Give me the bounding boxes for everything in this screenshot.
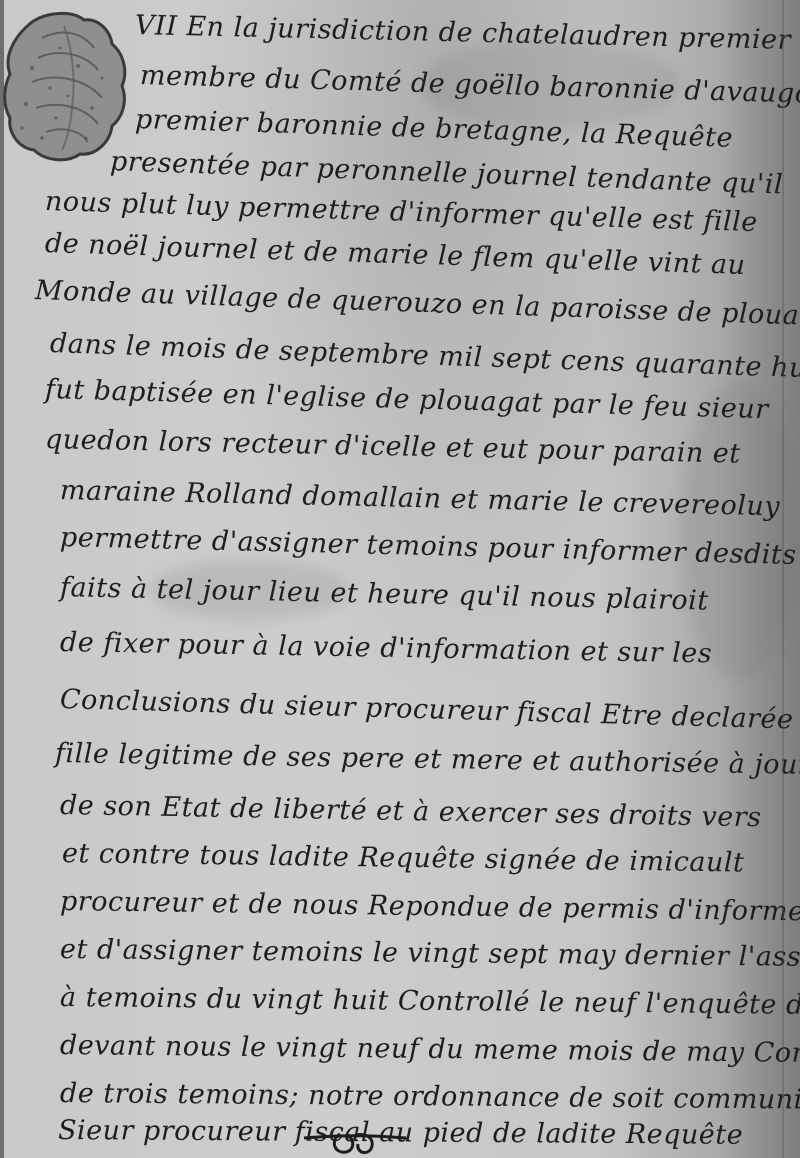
manuscript-line: quedon lors recteur d'icelle et eut pour… [45,424,741,470]
manuscript-line: maraine Rolland domallain et marie le cr… [60,475,781,522]
manuscript-line: de noël journel et de marie le flem qu'e… [45,228,746,281]
manuscript-line: devant nous le vingt neuf du meme mois d… [60,1030,800,1070]
wax-seal-icon [2,8,128,164]
manuscript-line: et contre tous ladite Requête signée de … [62,838,745,879]
manuscript-line: à temoins du vingt huit Controllé le neu… [60,982,800,1022]
manuscript-line: Monde au village de querouzo en la paroi… [34,275,800,333]
manuscript-page: VII En la jurisdiction de chatelaudren p… [0,0,800,1158]
paper-stain [680,380,800,680]
signature-flourish-icon [300,1128,410,1158]
manuscript-line: procureur et de nous Repondue de permis … [60,886,800,928]
manuscript-line: de fixer pour à la voie d'information et… [60,627,713,669]
manuscript-line: fut baptisée en l'eglise de plouagat par… [45,374,770,425]
manuscript-line: fille legitime de ses pere et mere et au… [55,738,800,781]
manuscript-line: Conclusions du sieur procureur fiscal Et… [60,684,794,735]
manuscript-line: de trois temoins; notre ordonnance de so… [60,1078,800,1116]
manuscript-line: et d'assigner temoins le vingt sept may … [60,934,800,974]
manuscript-line: VII En la jurisdiction de chatelaudren p… [135,10,792,56]
manuscript-line: dans le mois de septembre mil sept cens … [49,328,800,385]
manuscript-line: faits à tel jour lieu et heure qu'il nou… [60,572,709,617]
manuscript-line: de son Etat de liberté et à exercer ses … [60,790,762,833]
